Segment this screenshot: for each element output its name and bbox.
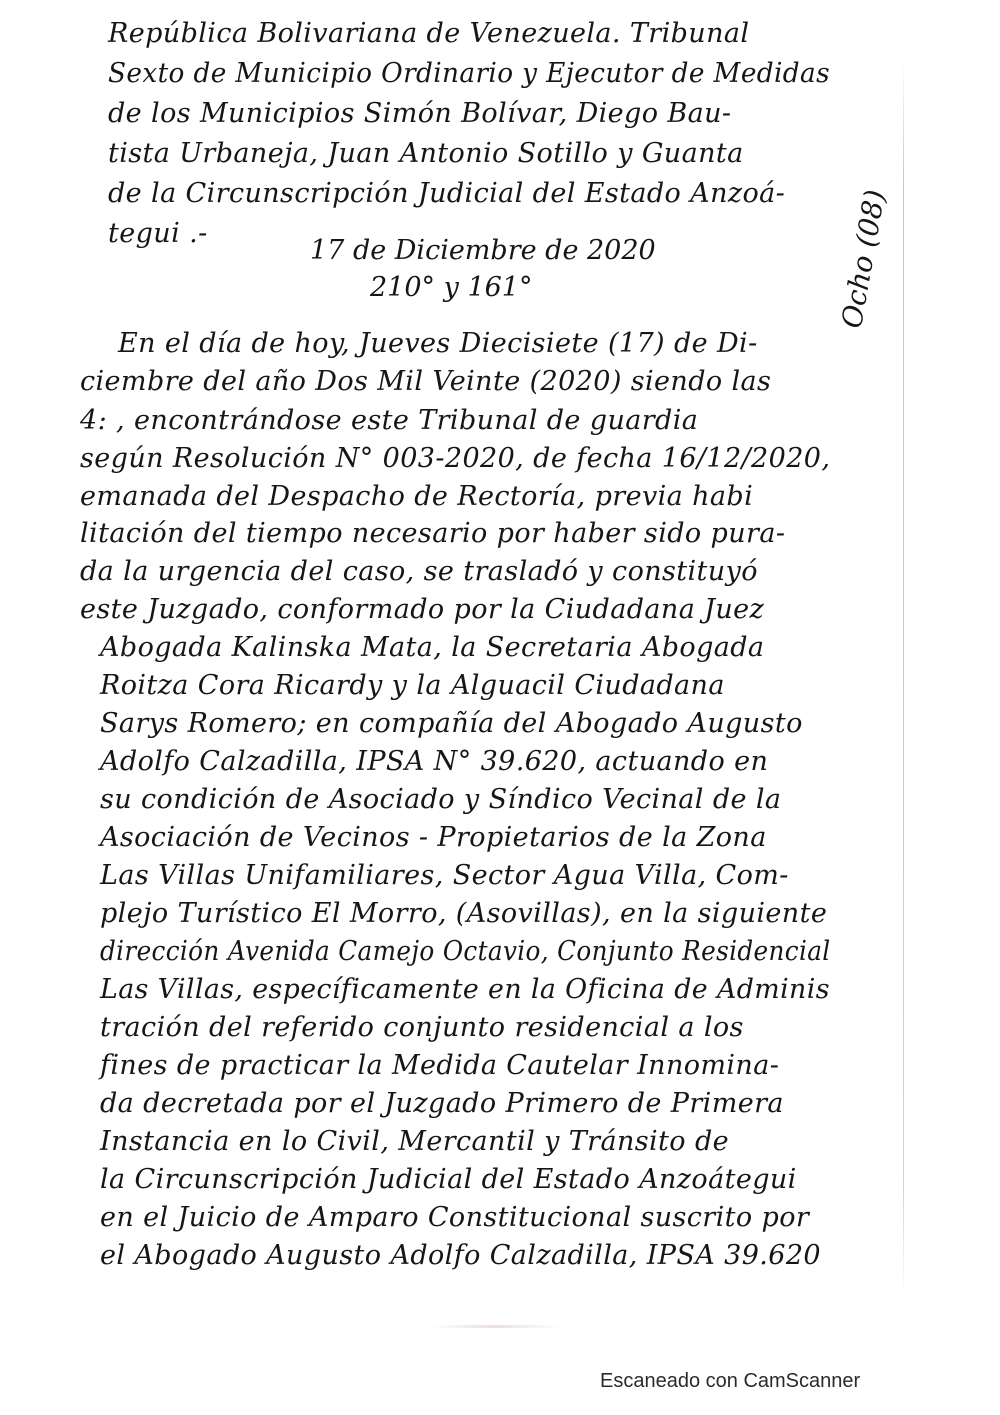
camscanner-watermark: Escaneado con CamScanner bbox=[600, 1370, 860, 1393]
body-line: tración del referido conjunto residencia… bbox=[100, 1012, 744, 1043]
page-number-note: Ocho (08) bbox=[835, 187, 892, 331]
header-line: tista Urbaneja, Juan Antonio Sotillo y G… bbox=[108, 138, 744, 169]
header-line: tegui .- bbox=[108, 218, 208, 249]
body-line: En el día de hoy, Jueves Diecisiete (17)… bbox=[118, 328, 758, 359]
body-line: fines de practicar la Medida Cautelar In… bbox=[100, 1050, 779, 1081]
header-line: Sexto de Municipio Ordinario y Ejecutor … bbox=[108, 58, 830, 89]
header-line: de la Circunscripción Judicial del Estad… bbox=[108, 178, 785, 209]
date-line: 17 de Diciembre de 2020 bbox=[310, 235, 656, 266]
margin-line bbox=[903, 60, 904, 1300]
body-line: según Resolución N° 003-2020, de fecha 1… bbox=[80, 443, 830, 474]
body-line: Instancia en lo Civil, Mercantil y Tráns… bbox=[100, 1126, 729, 1157]
body-line: la Circunscripción Judicial del Estado A… bbox=[100, 1164, 797, 1195]
body-line: plejo Turístico El Morro, (Asovillas), e… bbox=[100, 898, 827, 929]
body-line: su condición de Asociado y Síndico Vecin… bbox=[100, 784, 781, 815]
body-line: emanada del Despacho de Rectoría, previa… bbox=[80, 481, 753, 512]
body-line: el Abogado Augusto Adolfo Calzadilla, IP… bbox=[100, 1240, 821, 1271]
body-line: litación del tiempo necesario por haber … bbox=[80, 518, 785, 549]
header-line: de los Municipios Simón Bolívar, Diego B… bbox=[108, 98, 731, 129]
header-line: República Bolivariana de Venezuela. Trib… bbox=[108, 18, 749, 49]
era-line: 210° y 161° bbox=[370, 272, 533, 303]
body-line: Asociación de Vecinos - Propietarios de … bbox=[100, 822, 767, 853]
body-line: 4: , encontrándose este Tribunal de guar… bbox=[80, 405, 698, 436]
body-line: ciembre del año Dos Mil Veinte (2020) si… bbox=[80, 366, 771, 397]
body-line: Las Villas, específicamente en la Oficin… bbox=[100, 974, 830, 1005]
body-line: dirección Avenida Camejo Octavio, Conjun… bbox=[100, 936, 831, 967]
body-line: Las Villas Unifamiliares, Sector Agua Vi… bbox=[100, 860, 789, 891]
body-line: en el Juicio de Amparo Constitucional su… bbox=[100, 1202, 809, 1233]
body-line: Roitza Cora Ricardy y la Alguacil Ciudad… bbox=[100, 670, 725, 701]
scan-smudge bbox=[430, 1325, 560, 1328]
body-line: da la urgencia del caso, se trasladó y c… bbox=[80, 556, 758, 587]
body-line: Adolfo Calzadilla, IPSA N° 39.620, actua… bbox=[100, 746, 768, 777]
scanned-page: República Bolivariana de Venezuela. Trib… bbox=[0, 0, 1000, 1415]
body-line: da decretada por el Juzgado Primero de P… bbox=[100, 1088, 784, 1119]
body-line: este Juzgado, conformado por la Ciudadan… bbox=[80, 594, 764, 625]
body-line: Abogada Kalinska Mata, la Secretaria Abo… bbox=[100, 632, 764, 663]
body-line: Sarys Romero; en compañía del Abogado Au… bbox=[100, 708, 803, 739]
